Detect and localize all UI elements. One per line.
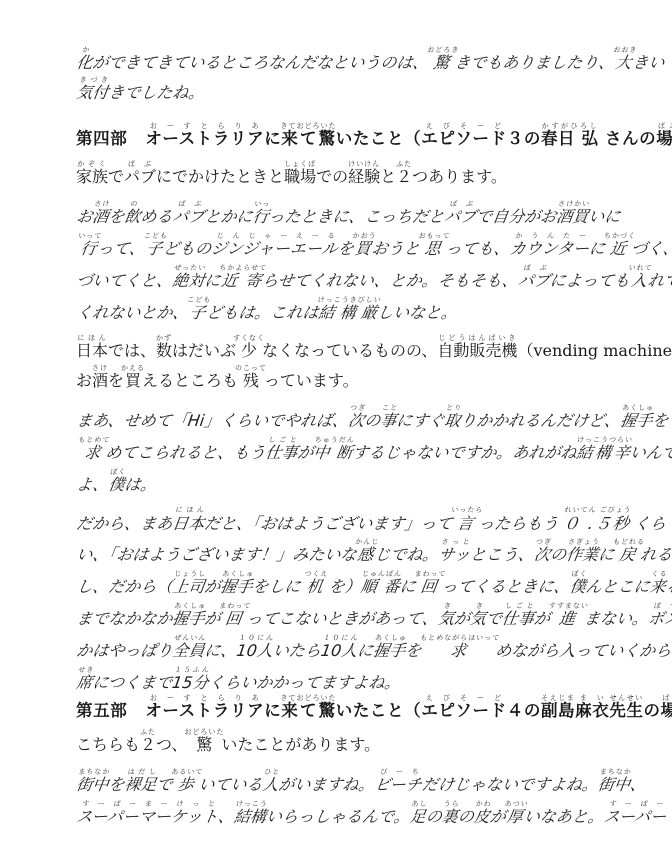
furigana: はだし [126,768,159,776]
text-segment: つあります。 [412,167,507,186]
section-label: 第四部 [76,129,127,148]
ruby-word: パブぱぶ [171,207,206,226]
furigana: けっこうきびしい [317,296,382,304]
ruby-word: 10人１０にん [235,641,274,660]
ruby-word: 来て驚きておどろいた [281,701,335,720]
ruby-word: 近寄ちかよらせて [219,271,263,290]
ruby-word: 自動販売機じどうはんばいき [437,341,517,360]
ruby-word: スーパーすーぱー [603,807,668,826]
ruby-word: 少すくなく [236,341,262,360]
text-segment: くら [628,514,668,533]
text-line: 行いってって、子こどもどものジンジャーエールじんじゃーえーるを買かおうおうと思お… [76,232,672,252]
ruby-word: 驚おどろいた [187,735,221,754]
text-segment: こちらも [76,735,140,754]
ruby-word: 回まわって [414,577,443,596]
ruby-word: ０ .５秒れいてん ごびょう [562,514,630,533]
furigana: れいてん ごびょう [564,506,632,514]
furigana: かおう [352,232,377,240]
furigana: ぜったい [174,264,207,272]
ruby-word: 絶対ぜったい [171,271,206,290]
furigana: いれて [628,264,653,272]
furigana: １５ふん [173,666,210,674]
furigana: こと [382,404,399,412]
text-segment: る [664,577,672,596]
text-segment: つ、 [156,735,187,754]
furigana: しごと [267,436,300,444]
furigana: ちかづく [603,232,636,240]
text-line: 街中まちなかを裸足はだしで歩あるいていている人ひとがいますね。ビーチびーちだけじ… [76,768,648,788]
furigana: けっこうつらい [576,436,633,444]
ruby-word: 求もとめながらはいって [420,641,497,660]
furigana: ふた [396,160,412,168]
furigana: いったら [451,506,484,514]
ruby-word: 日本にほん [171,514,206,533]
ruby-word: 思おもって [418,239,447,258]
ruby-word: 場合ばあい [656,129,672,148]
text-segment: きでもありましたり、 [453,53,616,72]
text-line: 家族かぞくでパブぱぶにでかけたときと職場しょくばでの経験けいけんと２ふたつありま… [76,160,507,180]
ruby-word: 結構厳けっこうきびしい [317,303,378,322]
text-segment: らせてくれない、とか。そもそも、 [261,271,519,290]
text-segment: ったらもう [477,514,565,533]
ruby-word: 進すすまない [549,609,586,628]
text-segment: いたこと（ [336,701,422,720]
furigana: さけかい [558,200,591,208]
text-segment: だと、「おはようございます」って [203,514,454,533]
text-segment: までなかなか [75,609,174,628]
furigana: かず [156,334,172,342]
text-segment: どもは。これは [205,303,320,322]
furigana: もどれる [612,538,645,546]
text-segment: ３の [507,129,541,148]
furigana: とり [446,404,463,412]
text-segment: で [108,167,124,186]
furigana: ひと [264,768,281,776]
text-segment: で自分がお [475,207,558,226]
ruby-word: 握手あくしゅ [219,577,254,596]
ruby-word: 買かえる [124,371,142,390]
text-segment: ってこないときがあって、 [245,609,439,628]
furigana: まわって [414,570,447,578]
text-segment: づく、近 [630,239,672,258]
text-line: 気付きづききでしたね。 [76,76,207,96]
furigana: すーぱーまーけっと [78,800,221,808]
ruby-word: 職場しょくば [284,167,316,186]
furigana: まちなか [78,768,111,776]
furigana: かすがひろし [541,122,599,130]
text-segment: める [139,207,174,226]
furigana: ぱぶ [174,200,207,208]
text-segment: いたら [272,641,323,660]
furigana: いっ [254,200,271,208]
text-segment: んとこに [584,577,651,596]
furigana: ぱぶ [445,200,478,208]
text-line: 席せきにつくまで15分１５ふんくらいかかってますよね。 [76,666,403,686]
ruby-word: パブぱぶ [443,207,478,226]
furigana: ばあい [661,694,672,702]
furigana: すくなく [233,334,265,342]
text-line: だから、まあ日本にほんだと、「おはようございます」って言いったらったらもう ０ … [76,506,668,526]
text-segment: に [264,129,281,148]
text-segment: めながら入っていくから、 [494,641,672,660]
furigana: ふた [140,728,156,736]
furigana: つくえ [304,570,329,578]
furigana: きておどろいた [281,122,337,130]
furigana: さっと [440,538,473,546]
text-segment: きい [631,53,666,72]
ruby-word: サッさっと [437,545,471,564]
text-segment: まない。 [583,609,650,628]
text-segment: くらいかかってますよね。 [207,673,402,692]
text-segment: まあ、せめて「Hi」くらいでやれば、 [75,411,350,430]
furigana: せんせい [609,694,643,702]
ruby-word: 家族かぞく [76,167,108,186]
ruby-word: 戻もどれる [613,545,642,564]
ruby-word: 求もとめて [75,443,107,462]
ruby-word: 行いって [75,239,99,258]
furigana: あるいて [171,768,204,776]
ruby-word: ジンジャーエールじんじゃーえーる [210,239,339,258]
ruby-word: カウンターかうんたー [508,239,590,258]
text-segment: いている [197,775,264,794]
ruby-word: 歩あるいて [171,775,200,794]
ruby-word: 酒買さけかい [555,207,590,226]
furigana: まちなか [599,768,632,776]
furigana: もとめて [78,436,111,444]
ruby-word: 仕事しごと [264,443,299,462]
furigana: ぼす [649,602,672,610]
furigana: けいけん [348,160,380,168]
text-line: までなかなか握手あくしゅが回まわってってこないときがあって、気きが気きで仕事しご… [76,602,672,622]
ruby-word: ２ふた [396,167,412,186]
furigana: １０にん [322,634,359,642]
text-segment: っても、 [444,239,511,258]
section-heading: 第五部オーストラリアおーすとらりあに来て驚きておどろいたいたこと（エピソードえぴ… [76,694,672,714]
text-segment: し、だから（ [75,577,174,596]
furigana: あくしゅ [375,634,408,642]
furigana: あし [411,800,428,808]
furigana: あくしゅ [222,570,255,578]
ruby-word: エピソードえぴそーど [421,129,507,148]
furigana: か [78,46,95,54]
ruby-word: 結構けっこう [233,807,268,826]
text-segment: りかかれるんだけど、 [459,411,622,430]
furigana: おどろいた [184,728,224,736]
furigana: きづき [78,76,111,84]
furigana: しょくば [284,160,316,168]
furigana: あつい [504,800,529,808]
furigana: ばあい [656,122,672,130]
text-segment: えるところも [142,371,238,390]
ruby-word: 副島そえじま [541,701,575,720]
ruby-word: 握手あくしゅ [171,609,206,628]
ruby-word: 驚おどろき [427,53,456,72]
text-segment: しいなと。 [376,303,459,322]
furigana: ぱぶ [124,160,156,168]
ruby-word: 結構辛けっこうつらい [575,443,631,462]
text-segment: にでかけたときと [156,167,284,186]
furigana: のこって [235,364,267,372]
furigana: さけ [94,200,111,208]
text-segment: だけじゃないですよね。 [421,775,600,794]
furigana: さぎょう [567,538,600,546]
furigana: じんじゃーえーる [212,232,340,240]
text-line: まあ、せめて「Hi」くらいでやれば、次つぎの事ことにすぐ取とりりかかれるんだけど… [76,404,671,424]
furigana: ぼく [571,570,588,578]
ruby-word: 残のこって [238,371,264,390]
text-segment: い、「おはようございます！」みたいな [75,545,358,564]
ruby-word: パブぱぶ [517,271,552,290]
text-line: い、「おはようございます！」みたいな感かんじじでね。サッさっととこう、次つぎの作… [76,538,672,558]
furigana: じょうし [174,570,207,578]
text-line: 求もとめてめてこられると、もう仕事しごとが中 断ちゅうだんするじゃないですか。あ… [76,436,672,456]
text-segment: っています。 [264,371,359,390]
ruby-word: パブぱぶ [124,167,156,186]
ruby-word: 先生せんせい [609,701,643,720]
text-segment: につくまで [91,673,173,692]
text-segment: と [380,167,396,186]
furigana: ぼく [110,468,127,476]
furigana: おどろき [427,46,460,54]
furigana: ぱぶ [519,264,552,272]
text-line: お酒さけを飲のめるパブぱぶとかに行いっったときに、こっちだとパブぱぶで自分がお酒… [76,200,623,220]
ruby-word: オーストラリアおーすとらりあ [145,701,264,720]
furigana: あくしゅ [174,602,207,610]
text-line: かはやっぱり全員ぜんいんに、10人１０にんいたら10人１０にんに握手あくしゅを求… [76,634,672,654]
text-segment: いらっしゃるんで。 [265,807,411,826]
ruby-word: 順 番じゅんばん [359,577,401,596]
ruby-word: ２ふた [140,735,156,754]
ruby-word: 全員ぜんいん [171,641,206,660]
text-segment: ができてきているところなんだなというのは、 [91,53,430,72]
text-segment: おうと [370,239,421,258]
text-line: お酒さけを買かえるえるところも残のこってっています。 [76,364,359,384]
furigana: まい [575,694,609,702]
text-segment: れる [639,545,672,564]
ruby-word: 中 断ちゅうだん [312,443,354,462]
furigana: ちかよらせて [219,264,268,272]
text-segment: だから、まあ [75,514,174,533]
text-segment: とこう、 [469,545,536,564]
text-segment: はだいぶ [172,341,236,360]
ruby-word: 春日 弘かすがひろし [541,129,599,148]
furigana: えぴそーど [421,122,507,130]
ruby-word: スーパーマーケットすーぱーまーけっと [75,807,219,826]
furigana: まわって [219,602,252,610]
furigana: きておどろいた [281,694,337,702]
furigana: おもって [418,232,451,240]
text-segment: ってくるときに、 [440,577,571,596]
text-segment: によっても [549,271,632,290]
text-segment: くれないとか、 [75,303,190,322]
furigana: つぎ [350,404,367,412]
ruby-word: 言いったら [451,514,480,533]
text-segment: れて [647,271,672,290]
text-line: よ、僕ぼくは。 [76,468,159,488]
text-segment: いんですい [629,443,672,462]
furigana: くる [651,570,668,578]
text-segment: さんの [599,129,657,148]
text-segment: は。 [123,475,158,494]
furigana: こども [187,296,212,304]
text-segment: きでしたね。 [107,83,206,102]
furigana: そえじま [541,694,575,702]
ruby-word: ビーチびーち [373,775,423,794]
furigana: すーぱー [605,800,669,808]
ruby-word: 街中まちなか [597,775,632,794]
text-segment: いに [587,207,622,226]
furigana: にほん [174,506,207,514]
furigana: びーち [376,768,424,776]
text-segment: よ、 [75,475,110,494]
text-segment: いたことがあります。 [221,735,380,754]
text-segment: って、 [96,239,146,258]
text-segment: がいますね。 [277,775,376,794]
text-line: し、だから（上司じょうしが握手あくしゅをしに 机つくえ を）順 番じゅんばんに回… [76,570,672,590]
ruby-word: ボスぼす [647,609,672,628]
furigana: かんじ [355,538,380,546]
ruby-word: 仕事しごと [501,609,536,628]
text-segment: お [76,371,92,390]
furigana: おーすとらりあ [145,694,264,702]
text-segment: をしに [251,577,307,596]
text-line: 日本にほんでは、数かずはだいぶ少すくなくなくなっているものの、自動販売機じどうは… [76,334,672,354]
text-segment: 、 [629,775,648,794]
furigana: おーすとらりあ [145,122,264,130]
text-segment: の [644,701,661,720]
ruby-word: 上司じょうし [171,577,206,596]
text-segment: なくなっているものの、 [262,341,437,360]
furigana: つぎ [535,538,552,546]
furigana: こども [143,232,168,240]
furigana: あくしゅ [622,404,655,412]
ruby-word: オーストラリアおーすとらりあ [145,129,264,148]
furigana: うら [443,800,460,808]
ruby-word: エピソードえぴそーど [421,701,507,720]
ruby-word: 近ちかづく [604,239,633,258]
furigana: けっこう [235,800,268,808]
furigana: かわ [475,800,492,808]
ruby-word: 経験けいけん [348,167,380,186]
ruby-word: 数かず [156,341,172,360]
furigana: かうんたー [511,232,591,240]
furigana: しごと [503,602,536,610]
furigana: にほん [76,334,108,342]
text-segment: ４の [507,701,541,720]
text-segment: での [316,167,348,186]
furigana: すすまない [548,602,589,610]
text-segment: では、 [108,341,156,360]
text-segment: いなあと。 [523,807,606,826]
furigana: せき [78,666,95,674]
ruby-word: 裸足はだし [123,775,158,794]
text-line: づいてくと、絶対ぜったいに近寄ちかよらせてらせてくれない、とか。そもそも、パブぱ… [76,264,672,284]
ruby-word: 麻衣まい [575,701,609,720]
furigana: き [471,602,488,610]
furigana: かぞく [76,160,108,168]
section-heading: 第四部オーストラリアおーすとらりあに来て驚きておどろいたいたこと（エピソードえぴ… [76,122,672,142]
text-segment: を [651,411,670,430]
furigana: の [126,200,143,208]
text-line: 化かができてきているところなんだなというのは、驚おどろききでもありましたり、大お… [76,46,667,66]
text-line: スーパーマーケットすーぱーまーけっと、結構けっこういらっしゃるんで。足あしの裏う… [76,800,669,820]
furigana: かえる [121,364,145,372]
text-segment: （vending machine）で [517,341,672,360]
text-segment: に [264,701,281,720]
ruby-word: 10人１０にん [320,641,359,660]
ruby-word: 回まわって [219,609,248,628]
ruby-word: 日本にほん [76,341,108,360]
ruby-word: 街中まちなか [75,775,110,794]
text-segment: にすぐ [395,411,446,430]
furigana: いって [78,232,103,240]
ruby-word: 握手あくしゅ [372,641,407,660]
furigana: もとめながらはいって [420,634,501,642]
ruby-word: 15分１５ふん [171,673,210,692]
furigana: えぴそーど [421,694,507,702]
text-segment: を） [322,577,362,596]
text-segment: ったときに、こっちだと [267,207,445,226]
furigana: ちゅうだん [314,436,355,444]
furigana: おおき [613,46,638,54]
furigana: き [439,602,456,610]
furigana: じどうはんばいき [437,334,517,342]
furigana: じゅんばん [361,570,402,578]
text-line: こちらも２ふたつ、驚おどろいたいたことがあります。 [76,728,380,748]
text-segment: めてこられると、もう [104,443,267,462]
furigana: さけ [92,364,108,372]
text-segment: とかに [203,207,254,226]
text-segment: するじゃないですか。あれがね [351,443,578,462]
ruby-word: 酒さけ [92,371,108,390]
text-segment: じでね。 [373,545,440,564]
text-segment: に、 [203,641,238,660]
text-segment: どもの [162,239,213,258]
furigana: １０にん [238,634,275,642]
furigana: ぜんいん [174,634,207,642]
text-segment: かはやっぱり [75,641,174,660]
ruby-word: 気付きづき [75,83,110,102]
section-label: 第五部 [76,701,127,720]
text-segment: いたこと（ [336,129,422,148]
ruby-word: 来て驚きておどろいた [281,129,335,148]
ruby-word: 場合ばあい [661,701,672,720]
text-line: くれないとか、子こどもどもは。これは結構厳けっこうきびしいしいなと。 [76,296,460,316]
ruby-word: 作業さぎょう [565,545,600,564]
ruby-word: 握手あくしゅ [619,411,654,430]
text-segment: づいてくと、 [75,271,174,290]
